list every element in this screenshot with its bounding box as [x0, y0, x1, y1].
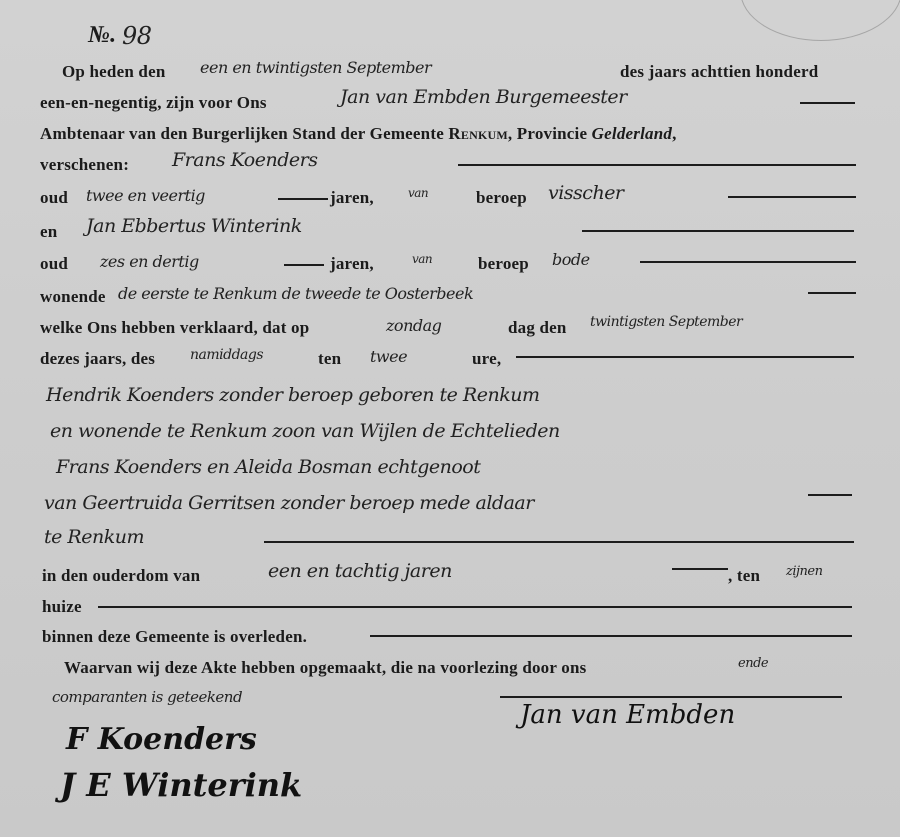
line10-suffix: ure, [472, 349, 501, 369]
line1-prefix: Op heden den [62, 62, 166, 82]
signature-declarant-2: J E Winterink [60, 766, 302, 804]
line4-prefix: verschenen: [40, 155, 129, 175]
fill-line [370, 635, 852, 637]
declarant2-name: Jan Ebbertus Winterink [86, 215, 302, 237]
fill-line [278, 198, 328, 200]
line2-registrar: Jan van Embden Burgemeester [340, 86, 627, 108]
death-date: twintigsten September [590, 314, 742, 330]
line6-prefix: en [40, 222, 57, 242]
line1-date: een en twintigsten September [200, 58, 431, 77]
line7-prefix: oud [40, 254, 68, 274]
line3-text-b: , Provincie [508, 124, 587, 143]
record-number-label: №. [88, 22, 116, 49]
narrative-line-3: Frans Koenders en Aleida Bosman echtgeno… [56, 456, 480, 478]
fill-line [640, 261, 856, 263]
line9-mid: dag den [508, 318, 567, 338]
fill-line [808, 494, 852, 496]
line3-text-c: , [672, 124, 676, 143]
fill-line [800, 102, 855, 104]
line2-prefix: een-en-negentig, zijn voor Ons [40, 93, 267, 113]
province: Gelderland [592, 124, 672, 143]
death-daypart: namiddags [190, 347, 263, 363]
narrative-line-4: van Geertruida Gerritsen zonder beroep m… [44, 492, 534, 514]
narrative-line-2: en wonende te Renkum zoon van Wijlen de … [50, 420, 560, 442]
overleden-text: binnen deze Gemeente is overleden. [42, 627, 307, 647]
line7-hand-mid: van [412, 252, 432, 266]
closing-text: Waarvan wij deze Akte hebben opgemaakt, … [64, 658, 586, 678]
declarant1-occupation: visscher [548, 182, 624, 204]
fill-line [516, 356, 854, 358]
line5-prefix: oud [40, 188, 68, 208]
line10-prefix: dezes jaars, des [40, 349, 155, 369]
paper-stain [740, 0, 900, 41]
fill-line [500, 696, 842, 698]
narrative-line-1: Hendrik Koenders zonder beroep geboren t… [46, 384, 539, 406]
line5-label: beroep [476, 188, 527, 208]
line9-prefix: welke Ons hebben verklaard, dat op [40, 318, 309, 338]
line8-prefix: wonende [40, 287, 106, 307]
death-place: zijnen [786, 564, 822, 579]
line3-text-a: Ambtenaar van den Burgerlijken Stand der… [40, 124, 444, 143]
huize-label: huize [42, 597, 82, 617]
line1-suffix: des jaars achttien honderd [620, 62, 818, 82]
fill-line [98, 606, 852, 608]
signature-declarant-1: F Koenders [66, 722, 257, 757]
death-weekday: zondag [386, 316, 441, 335]
line7-mid: jaren, [330, 254, 374, 274]
age-prefix: in den ouderdom van [42, 566, 200, 586]
declarant2-occupation: bode [552, 250, 590, 269]
fill-line [458, 164, 856, 166]
line5-hand-mid: van [408, 186, 428, 200]
fill-line [808, 292, 856, 294]
signature-registrar: Jan van Embden [520, 700, 735, 730]
death-hour: twee [370, 347, 407, 366]
age-mid: , ten [728, 566, 760, 586]
line7-label: beroep [478, 254, 529, 274]
fill-line [728, 196, 856, 198]
fill-line [284, 264, 324, 266]
narrative-line-5: te Renkum [44, 526, 144, 548]
fill-line [264, 541, 854, 543]
fill-line [582, 230, 854, 232]
declarant1-name: Frans Koenders [172, 149, 317, 171]
closing-hand: ende [738, 656, 768, 671]
declarant1-age: twee en veertig [86, 186, 205, 205]
line5-mid: jaren, [330, 188, 374, 208]
closing-hand-2: comparanten is geteekend [52, 688, 242, 706]
death-record-page: №. 98 Op heden den een en twintigsten Se… [0, 0, 900, 837]
line10-mid: ten [318, 349, 341, 369]
fill-line [672, 568, 728, 570]
record-number-value: 98 [122, 22, 152, 50]
municipality: Renkum [448, 124, 507, 143]
deceased-age: een en tachtig jaren [268, 560, 452, 582]
line3-text: Ambtenaar van den Burgerlijken Stand der… [40, 124, 677, 144]
declarant2-age: zes en dertig [100, 252, 199, 271]
residence: de eerste te Renkum de tweede te Oosterb… [118, 284, 473, 303]
